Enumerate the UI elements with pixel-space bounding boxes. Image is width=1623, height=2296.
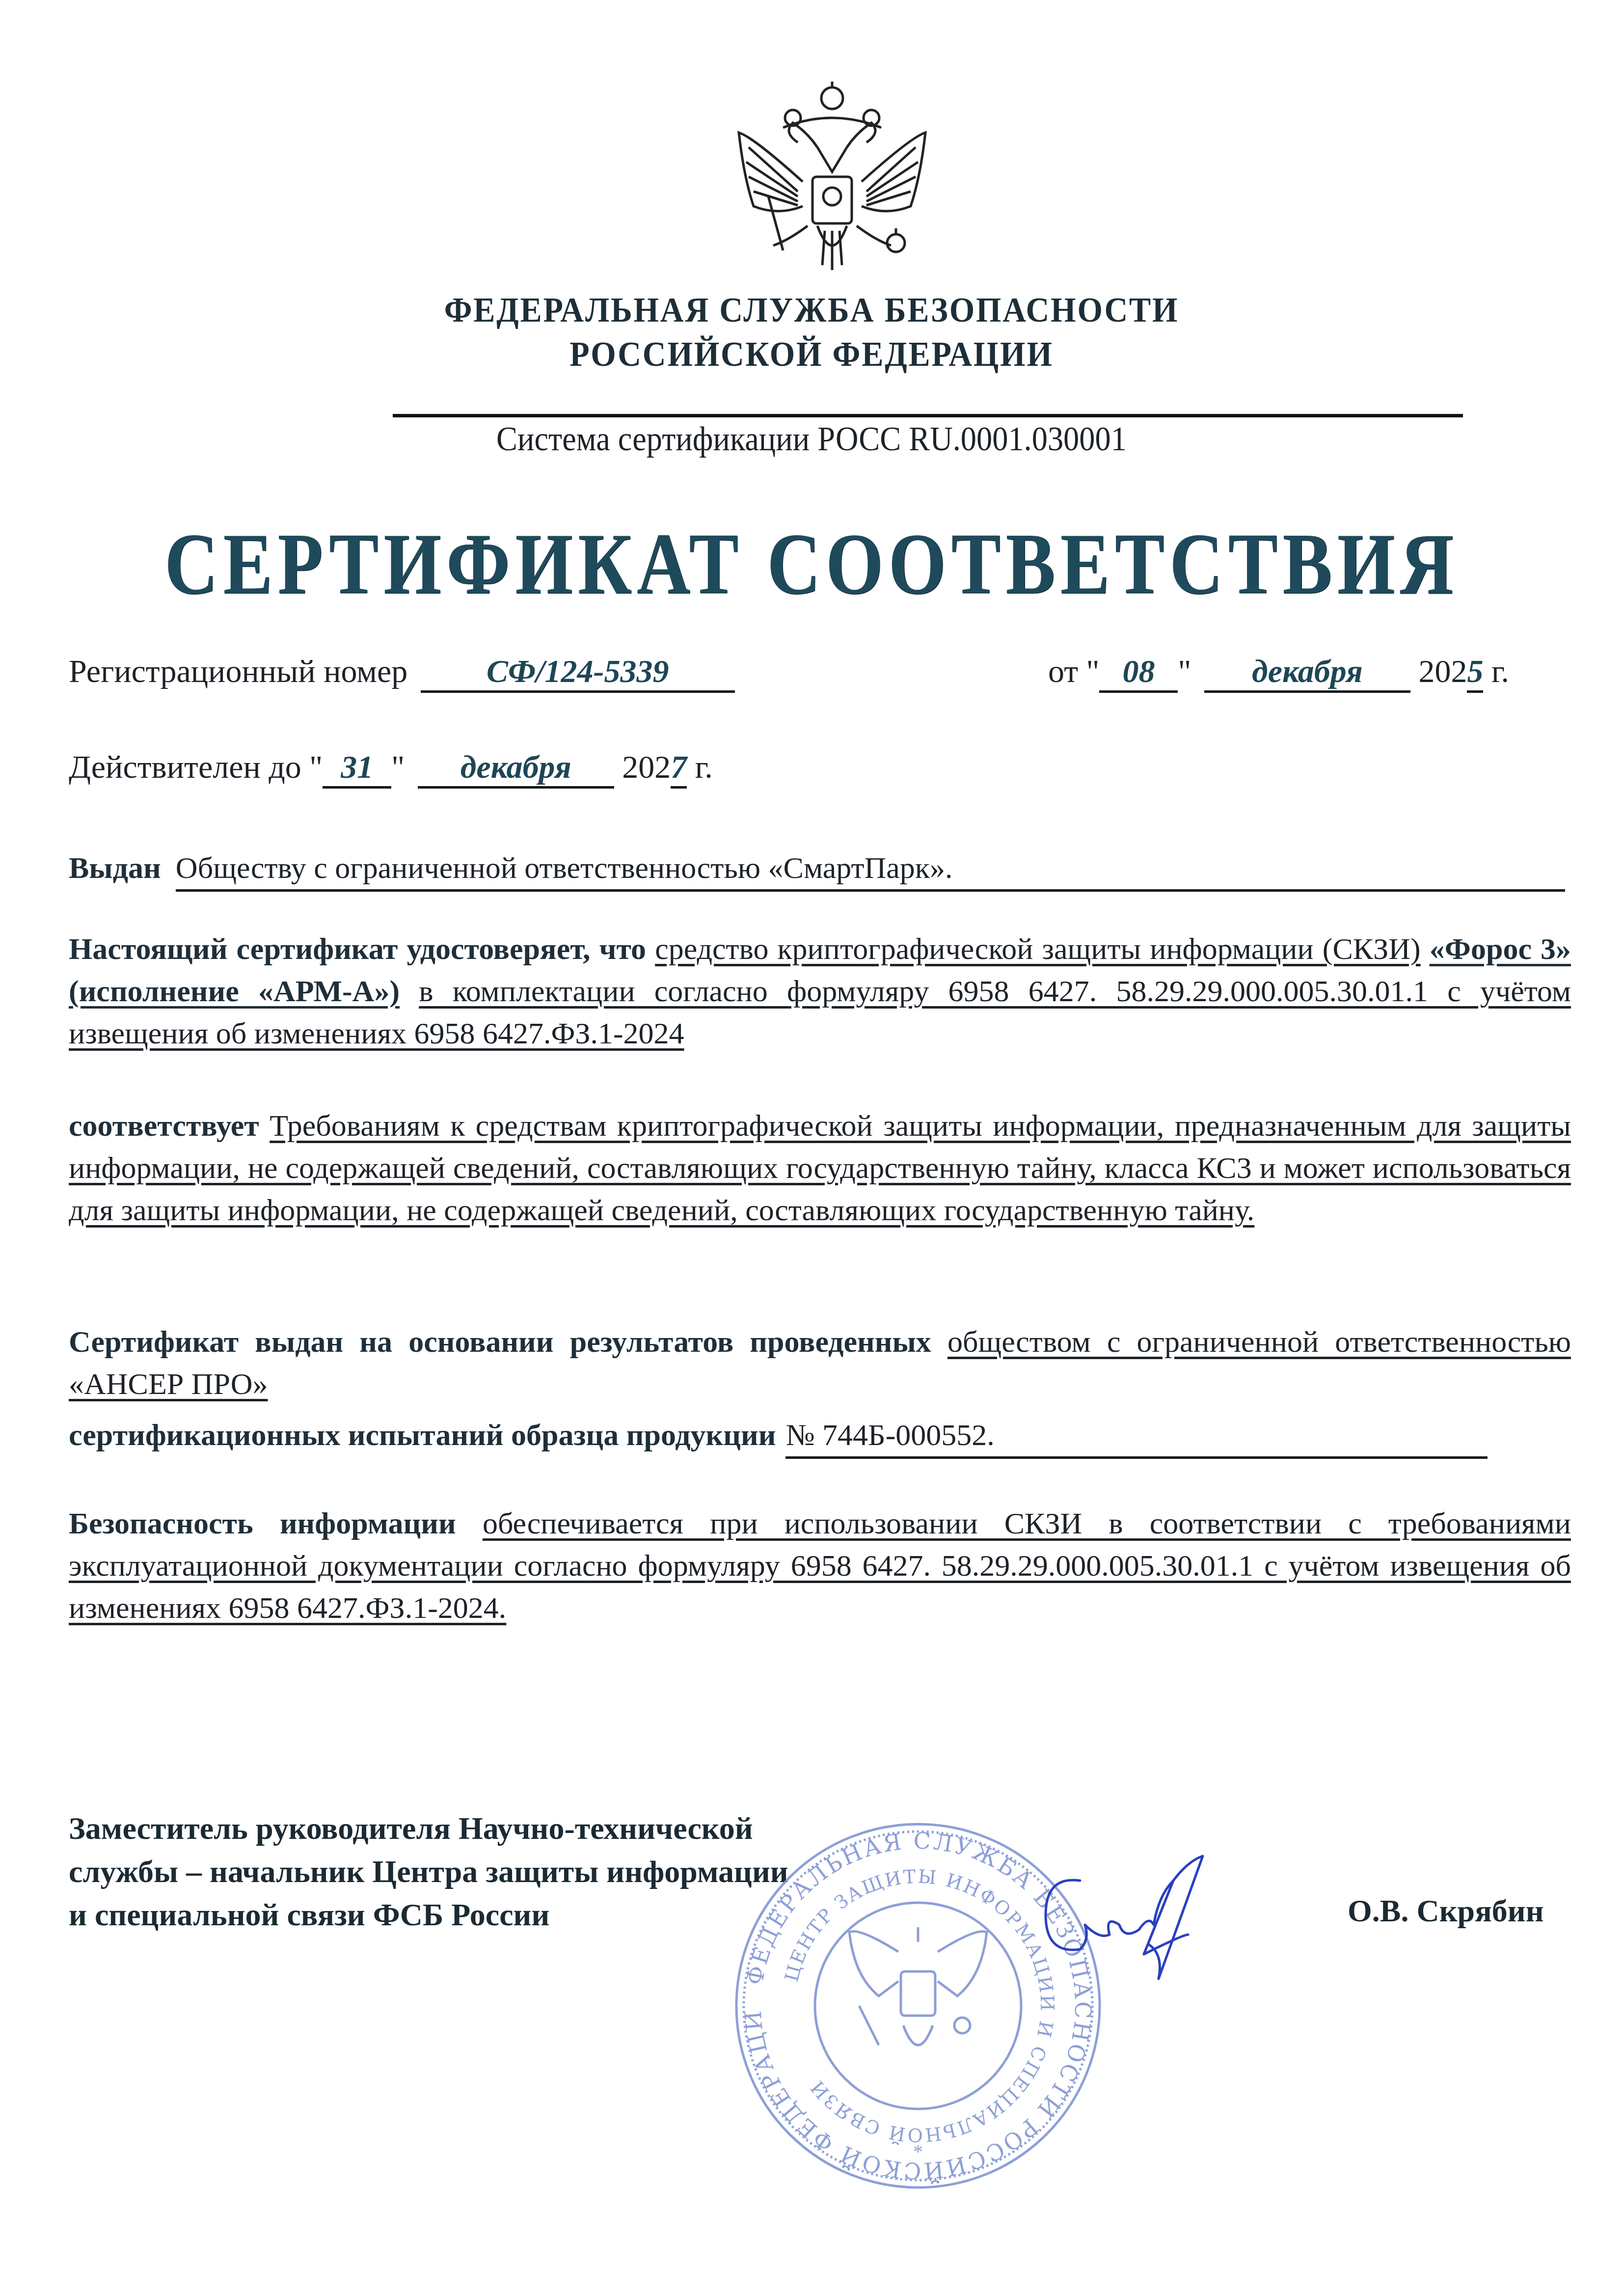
certifies-paragraph: Настоящий сертификат удостоверяет, что с… [69, 928, 1571, 1055]
document-title: СЕРТИФИКАТ СООТВЕТСТВИЯ [122, 513, 1501, 614]
tests-row: сертификационных испытаний образца проду… [69, 1414, 1571, 1459]
year-suffix: г. [695, 749, 713, 785]
security-paragraph: Безопасность информации обеспечивается п… [69, 1503, 1571, 1629]
security-label: Безопасность информации [69, 1507, 456, 1540]
position-line3: и специальной связи ФСБ России [69, 1893, 788, 1937]
validity-month: декабря [418, 749, 614, 789]
handwritten-signature-icon [1026, 1841, 1232, 1989]
certifies-label: Настоящий сертификат удостоверяет, что [69, 932, 646, 966]
registration-day: 08 [1099, 653, 1178, 693]
registration-year: 2025 [1418, 654, 1483, 689]
coat-of-arms-emblem-icon [724, 79, 940, 275]
svg-text:ЦЕНТР ЗАЩИТЫ ИНФОРМАЦИИ И СПЕЦ: ЦЕНТР ЗАЩИТЫ ИНФОРМАЦИИ И СПЕЦИАЛЬНОЙ СВ… [781, 1865, 1058, 2146]
registration-month: декабря [1204, 653, 1410, 693]
tests-label: сертификационных испытаний образца проду… [69, 1419, 776, 1452]
year-suffix: г. [1491, 654, 1509, 689]
issued-to-label: Выдан [69, 851, 161, 885]
complies-text: Требованиям к средствам криптографическо… [69, 1109, 1571, 1227]
organization-name-line2: РОССИЙСКОЙ ФЕДЕРАЦИИ [65, 334, 1558, 375]
complies-paragraph: соответствует Требованиям к средствам кр… [69, 1105, 1571, 1231]
registration-number: СФ/124-5339 [421, 653, 735, 693]
position-line2: службы – начальник Центра защиты информа… [69, 1850, 788, 1893]
validity-row: Действителен до "31" декабря 2027 г. [69, 749, 713, 789]
basis-paragraph: Сертификат выдан на основании результато… [69, 1321, 1571, 1405]
header-divider [393, 414, 1463, 417]
date-prefix: от " [1048, 654, 1099, 689]
validity-label: Действителен до " [69, 749, 323, 785]
basis-label: Сертификат выдан на основании результато… [69, 1325, 931, 1359]
issued-to-value: Обществу с ограниченной ответственностью… [176, 847, 1565, 892]
position-line1: Заместитель руководителя Научно-техничес… [69, 1807, 788, 1850]
svg-text:*: * [913, 2140, 923, 2162]
registration-number-row: Регистрационный номер СФ/124-5339 [69, 653, 735, 693]
certifies-text-part1: средство криптографической защиты информ… [655, 932, 1420, 966]
certification-system: Система сертификации РОСС RU.0001.030001 [65, 420, 1558, 459]
signatory-position: Заместитель руководителя Научно-техничес… [69, 1807, 788, 1937]
tests-value: № 744Б-000552. [785, 1414, 1488, 1459]
quote-close: " [391, 749, 405, 785]
quote-close: " [1178, 654, 1191, 689]
registration-date: от "08" декабря 2025 г. [1048, 653, 1509, 693]
complies-label: соответствует [69, 1109, 259, 1143]
signatory-name: О.В. Скрябин [1348, 1893, 1544, 1929]
validity-day: 31 [323, 749, 391, 789]
registration-label: Регистрационный номер [69, 654, 407, 689]
issued-to-row: ВыданОбществу с ограниченной ответственн… [69, 847, 1571, 892]
validity-year: 2027 [622, 749, 687, 785]
organization-name-line1: ФЕДЕРАЛЬНАЯ СЛУЖБА БЕЗОПАСНОСТИ [65, 290, 1558, 330]
